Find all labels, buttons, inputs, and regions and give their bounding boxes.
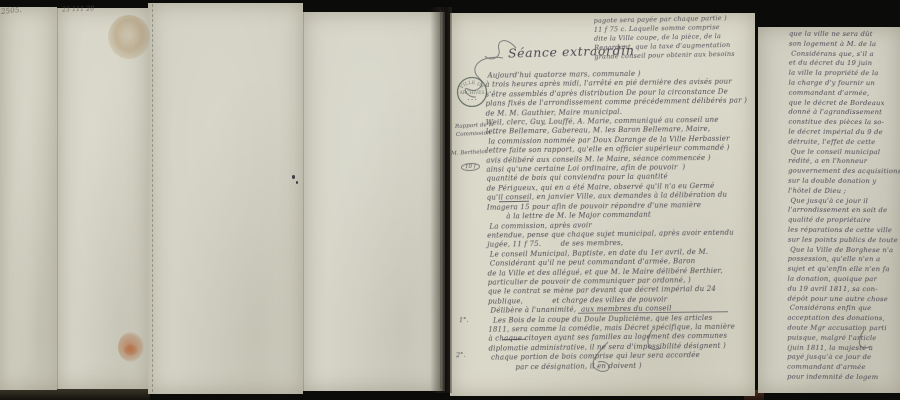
manuscript-line: la charge d'y fournir un: [789, 79, 900, 89]
manuscript-text-right: que la ville ne sera dûtson logement à M…: [787, 30, 900, 383]
manuscript-line: que la ville ne sera dût: [789, 30, 900, 40]
rust-stain: [124, 344, 138, 356]
manuscript-line: puisque, malgré l'article: [787, 333, 900, 343]
list-item-number: 1°.: [459, 316, 469, 324]
left-page-strip-1: [0, 7, 57, 390]
manuscript-line: sur les points publics de toute: [788, 235, 900, 245]
foxing-stain: [108, 15, 150, 59]
manuscript-line: les réparations de cette ville: [788, 226, 900, 236]
manuscript-line: doute Mgr accusation parti: [787, 324, 900, 334]
inventory-mark: 23 111 20: [62, 5, 95, 13]
list-item-number: 2°.: [456, 351, 466, 359]
manuscript-text-intro: pagote sera payée par chaque partie )11 …: [594, 13, 765, 62]
manuscript-line: gouvernement des acquisitions: [788, 167, 900, 177]
manuscript-line: du 19 avril 1811, sa con-: [788, 284, 900, 294]
manuscript-line: commandant d'armée: [787, 363, 900, 373]
manuscript-line: la donation, quoique par: [788, 275, 900, 285]
photo-seam: [303, 12, 304, 391]
manuscript-line: acceptation des donations,: [787, 314, 900, 324]
photo-seam: [57, 8, 58, 389]
manuscript-line: commandant d'armée,: [789, 88, 900, 98]
manuscript-text-main: Aujourd'hui quatorze mars, communale )à …: [485, 68, 761, 372]
manuscript-line: qualité de propriétaire: [788, 216, 900, 226]
manuscript-line: pour indemnité de logem: [787, 373, 900, 383]
left-page-strip-3: [148, 3, 303, 394]
scanner-shelf: [0, 389, 150, 400]
scanned-manuscript: 2505. 23 111 20 VILLE DE ARCHIVES • • • …: [0, 0, 900, 400]
manuscript-line: son logement à M. de la: [789, 39, 900, 49]
ink-blot: [292, 175, 295, 179]
manuscript-line: l'hôtel de Dieu ;: [788, 186, 900, 196]
gutter-shadow: [430, 7, 452, 393]
manuscript-line: le décret impérial du 9 de: [788, 128, 900, 138]
manuscript-line: sujet et qu'enfin elle n'en fa: [788, 265, 900, 275]
left-page-strip-4: [303, 12, 445, 391]
manuscript-line: détruite, l'effet de cette: [788, 137, 900, 147]
fold-seam-stitched: [152, 4, 153, 392]
margin-note-amount: 10 f: [461, 164, 480, 171]
manuscript-line: sur la double donation y: [788, 177, 900, 187]
ink-blot: [296, 181, 298, 184]
